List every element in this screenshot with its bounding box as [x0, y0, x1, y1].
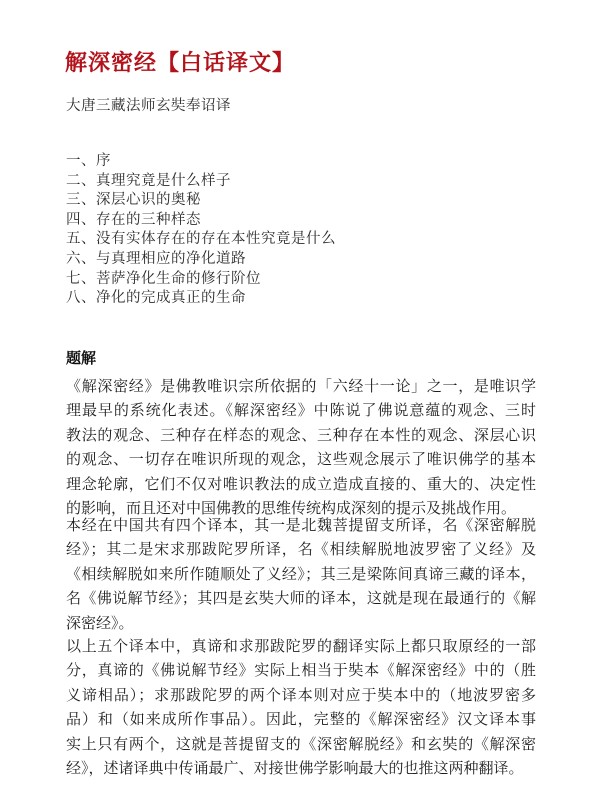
toc-item: 二、真理究竟是什么样子	[66, 172, 336, 192]
toc-item: 一、序	[66, 152, 336, 172]
document-subtitle: 大唐三藏法师玄奘奉诏译	[66, 94, 231, 115]
paragraph-line: 本经在中国共有四个译本，其一是北魏菩提留支所译，名《深密解脱	[66, 513, 536, 537]
paragraph-line: 分，真谛的《佛说解节经》实际上相当于奘本《解深密经》中的（胜	[66, 658, 536, 682]
paragraph-line: 以上五个译本中，真谛和求那跋陀罗的翻译实际上都只取原经的一部	[66, 634, 536, 658]
paragraph-line: 《解深密经》是佛教唯识宗所依据的「六经十一论」之一，是唯识学	[66, 374, 536, 398]
paragraph-line: 义谛相品）；求那跋陀罗的两个译本则对应于奘本中的（地波罗密多	[66, 683, 536, 707]
table-of-contents: 一、序 二、真理究竟是什么样子 三、深层心识的奥秘 四、存在的三种样态 五、没有…	[66, 152, 336, 309]
paragraph-line: 名《佛说解节经》；其四是玄奘大师的译本，这就是现在最通行的《解	[66, 586, 536, 610]
toc-item: 三、深层心识的奥秘	[66, 191, 336, 211]
paragraph-line: 经》，述诸译典中传诵最广、对接世佛学影响最大的也推这两种翻译。	[66, 756, 536, 780]
section-heading: 题解	[66, 347, 96, 368]
paragraph-line: 的观念、一切存在唯识所现的观念，这些观念展示了唯识佛学的基本	[66, 447, 536, 471]
paragraph-line: 深密经》。	[66, 611, 536, 635]
paragraph-intro: 《解深密经》是佛教唯识宗所依据的「六经十一论」之一，是唯识学 理最早的系统化表述…	[66, 374, 536, 520]
toc-item: 五、没有实体存在的存在本性究竟是什么	[66, 230, 336, 250]
paragraph-comparison: 以上五个译本中，真谛和求那跋陀罗的翻译实际上都只取原经的一部 分，真谛的《佛说解…	[66, 634, 536, 780]
paragraph-line: 经》；其二是宋求那跋陀罗所译，名《相续解脱地波罗密了义经》及	[66, 537, 536, 561]
toc-item: 四、存在的三种样态	[66, 211, 336, 231]
document-page: 解深密经【白话译文】 大唐三藏法师玄奘奉诏译 一、序 二、真理究竟是什么样子 三…	[0, 0, 600, 800]
paragraph-translations: 本经在中国共有四个译本，其一是北魏菩提留支所译，名《深密解脱 经》；其二是宋求那…	[66, 513, 536, 635]
paragraph-line: 理最早的系统化表述。《解深密经》中陈说了佛说意蕴的观念、三时	[66, 398, 536, 422]
toc-item: 八、净化的完成真正的生命	[66, 289, 336, 309]
paragraph-line: 实上只有两个，这就是菩提留支的《深密解脱经》和玄奘的《解深密	[66, 732, 536, 756]
toc-item: 七、菩萨净化生命的修行阶位	[66, 270, 336, 290]
paragraph-line: 教法的观念、三种存在样态的观念、三种存在本性的观念、深层心识	[66, 423, 536, 447]
paragraph-line: 品）和（如来成所作事品）。因此，完整的《解深密经》汉文译本事	[66, 707, 536, 731]
paragraph-line: 理念轮廓，它们不仅对唯识教法的成立造成直接的、重大的、决定性	[66, 472, 536, 496]
document-title: 解深密经【白话译文】	[65, 46, 295, 77]
paragraph-line: 《相续解脱如来所作随顺处了义经》；其三是梁陈间真谛三藏的译本，	[66, 562, 536, 586]
toc-item: 六、与真理相应的净化道路	[66, 250, 336, 270]
